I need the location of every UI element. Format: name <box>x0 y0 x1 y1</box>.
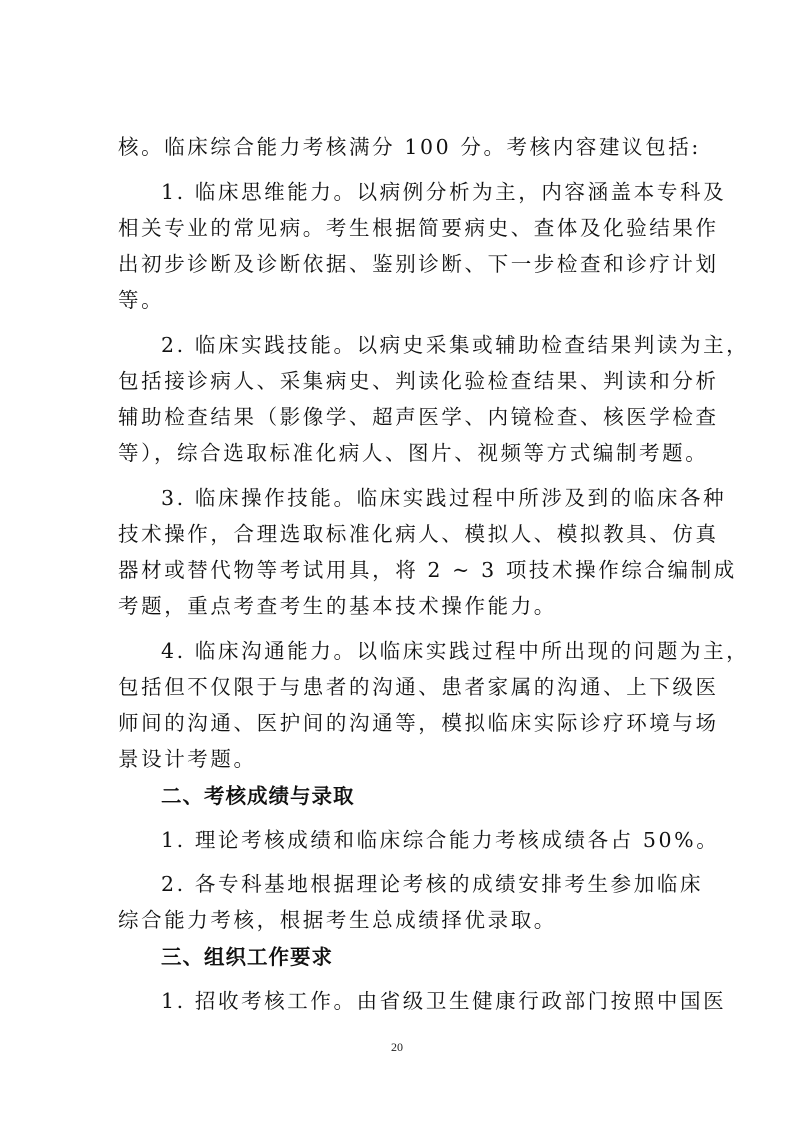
section-heading: 二、考核成绩与录取 <box>161 782 678 810</box>
text-line: 等。 <box>118 286 678 314</box>
text-line: 技术操作，合理选取标准化病人、模拟人、模拟教具、仿真 <box>118 520 678 548</box>
text-line: 综合能力考核，根据考生总成绩择优录取。 <box>118 906 678 934</box>
text-line: 3. 临床操作技能。临床实践过程中所涉及到的临床各种 <box>161 484 678 512</box>
section-heading: 三、组织工作要求 <box>161 943 678 971</box>
document-page: 核。临床综合能力考核满分 100 分。考核内容建议包括:1. 临床思维能力。以病… <box>0 0 794 1123</box>
text-line: 1. 理论考核成绩和临床综合能力考核成绩各占 50%。 <box>161 826 678 854</box>
text-line: 景设计考题。 <box>118 745 678 773</box>
text-line: 1. 招收考核工作。由省级卫生健康行政部门按照中国医 <box>161 987 678 1015</box>
text-line: 4. 临床沟通能力。以临床实践过程中所出现的问题为主， <box>161 637 678 665</box>
text-line: 核。临床综合能力考核满分 100 分。考核内容建议包括: <box>118 133 678 161</box>
text-line: 2. 各专科基地根据理论考核的成绩安排考生参加临床 <box>161 870 678 898</box>
text-line: 出初步诊断及诊断依据、鉴别诊断、下一步检查和诊疗计划 <box>118 250 678 278</box>
text-line: 师间的沟通、医护间的沟通等，模拟临床实际诊疗环境与场 <box>118 709 678 737</box>
text-line: 2. 临床实践技能。以病史采集或辅助检查结果判读为主， <box>161 331 678 359</box>
text-line: 包括但不仅限于与患者的沟通、患者家属的沟通、上下级医 <box>118 673 678 701</box>
page-number: 20 <box>0 1040 794 1055</box>
text-line: 1. 临床思维能力。以病例分析为主，内容涵盖本专科及 <box>161 178 678 206</box>
text-line: 相关专业的常见病。考生根据简要病史、查体及化验结果作 <box>118 214 678 242</box>
text-line: 辅助检查结果（影像学、超声医学、内镜检查、核医学检查 <box>118 403 678 431</box>
text-line: 等），综合选取标准化病人、图片、视频等方式编制考题。 <box>118 439 678 467</box>
text-line: 考题，重点考查考生的基本技术操作能力。 <box>118 592 678 620</box>
text-line: 包括接诊病人、采集病史、判读化验检查结果、判读和分析 <box>118 367 678 395</box>
text-line: 器材或替代物等考试用具，将 2 ~ 3 项技术操作综合编制成 <box>118 556 678 584</box>
